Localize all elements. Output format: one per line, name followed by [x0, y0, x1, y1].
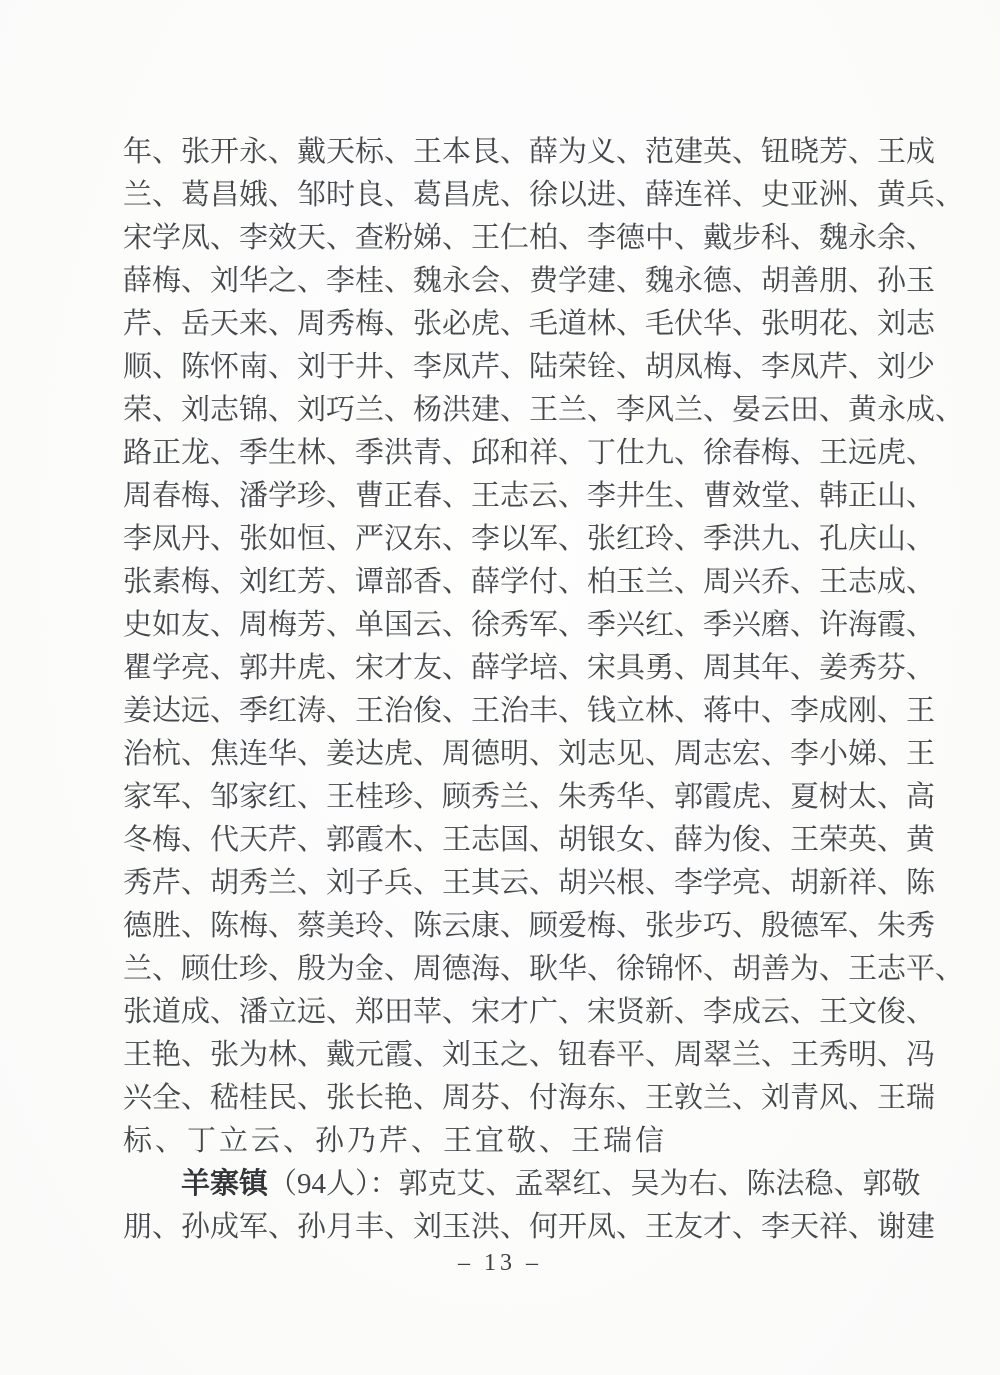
- name-list-line: 芹、岳天来、周秀梅、张必虎、毛道林、毛伏华、张明花、刘志: [123, 303, 856, 346]
- name-list-line: 年、张开永、戴天标、王本艮、薛为义、范建英、钮晓芳、王成: [123, 131, 856, 174]
- name-list-line: 李凤丹、张如恒、严汉东、李以军、张红玲、季洪九、孔庆山、: [123, 518, 856, 561]
- section-heading-line: 羊寨镇（94人）：郭克艾、孟翠红、吴为右、陈法稳、郭敬: [123, 1163, 856, 1206]
- name-list-line: 瞿学亮、郭井虎、宋才友、薛学培、宋具勇、周其年、姜秀芬、: [123, 647, 856, 690]
- name-list-line: 史如友、周梅芳、单国云、徐秀军、季兴红、季兴磨、许海霞、: [123, 604, 856, 647]
- name-list-line: 兴全、嵇桂民、张长艳、周芬、付海东、王敦兰、刘青风、王瑞: [123, 1077, 856, 1120]
- name-list-line: 荣、刘志锦、刘巧兰、杨洪建、王兰、李风兰、晏云田、黄永成、: [123, 389, 856, 432]
- name-list-line: 路正龙、季生林、季洪青、邱和祥、丁仕九、徐春梅、王远虎、: [123, 432, 856, 475]
- name-list-line: 德胜、陈梅、蔡美玲、陈云康、顾爱梅、张步巧、殷德军、朱秀: [123, 905, 856, 948]
- document-page: 年、张开永、戴天标、王本艮、薛为义、范建英、钮晓芳、王成兰、葛昌娥、邹时良、葛昌…: [0, 0, 1000, 1375]
- name-list-line: 张道成、潘立远、郑田苹、宋才广、宋贤新、李成云、王文俊、: [123, 991, 856, 1034]
- name-list-line: 薛梅、刘华之、李桂、魏永会、费学建、魏永德、胡善朋、孙玉: [123, 260, 856, 303]
- name-list-line: 兰、顾仕珍、殷为金、周德海、耿华、徐锦怀、胡善为、王志平、: [123, 948, 856, 991]
- name-list-line: 宋学凤、李效天、查粉娣、王仁柏、李德中、戴步科、魏永余、: [123, 217, 856, 260]
- name-list: 年、张开永、戴天标、王本艮、薛为义、范建英、钮晓芳、王成兰、葛昌娥、邹时良、葛昌…: [123, 131, 856, 1249]
- name-list-line: 家军、邹家红、王桂珍、顾秀兰、朱秀华、郭霞虎、夏树太、高: [123, 776, 856, 819]
- name-list-line: 秀芹、胡秀兰、刘子兵、王其云、胡兴根、李学亮、胡新祥、陈: [123, 862, 856, 905]
- name-list-line: 冬梅、代天芹、郭霞木、王志国、胡银女、薛为俊、王荣英、黄: [123, 819, 856, 862]
- name-list-line: 治杭、焦连华、姜达虎、周德明、刘志见、周志宏、李小娣、王: [123, 733, 856, 776]
- name-list-line: 顺、陈怀南、刘于井、李凤芹、陆荣铨、胡凤梅、李凤芹、刘少: [123, 346, 856, 389]
- name-list-line: 兰、葛昌娥、邹时良、葛昌虎、徐以进、薛连祥、史亚洲、黄兵、: [123, 174, 856, 217]
- name-list-line: 朋、孙成军、孙月丰、刘玉洪、何开凤、王友才、李天祥、谢建: [123, 1206, 856, 1249]
- page-number: – 13 –: [0, 1250, 1000, 1277]
- section-title: 羊寨镇: [181, 1168, 268, 1200]
- name-list-line: 周春梅、潘学珍、曹正春、王志云、李井生、曹效堂、韩正山、: [123, 475, 856, 518]
- name-list-line: 标、丁立云、孙乃芹、王宜敬、王瑞信: [123, 1120, 856, 1163]
- name-list-line: 张素梅、刘红芳、谭部香、薛学付、柏玉兰、周兴乔、王志成、: [123, 561, 856, 604]
- name-list-line: 王艳、张为林、戴元霞、刘玉之、钮春平、周翠兰、王秀明、冯: [123, 1034, 856, 1077]
- name-list-line: 姜达远、季红涛、王治俊、王治丰、钱立林、蒋中、李成刚、王: [123, 690, 856, 733]
